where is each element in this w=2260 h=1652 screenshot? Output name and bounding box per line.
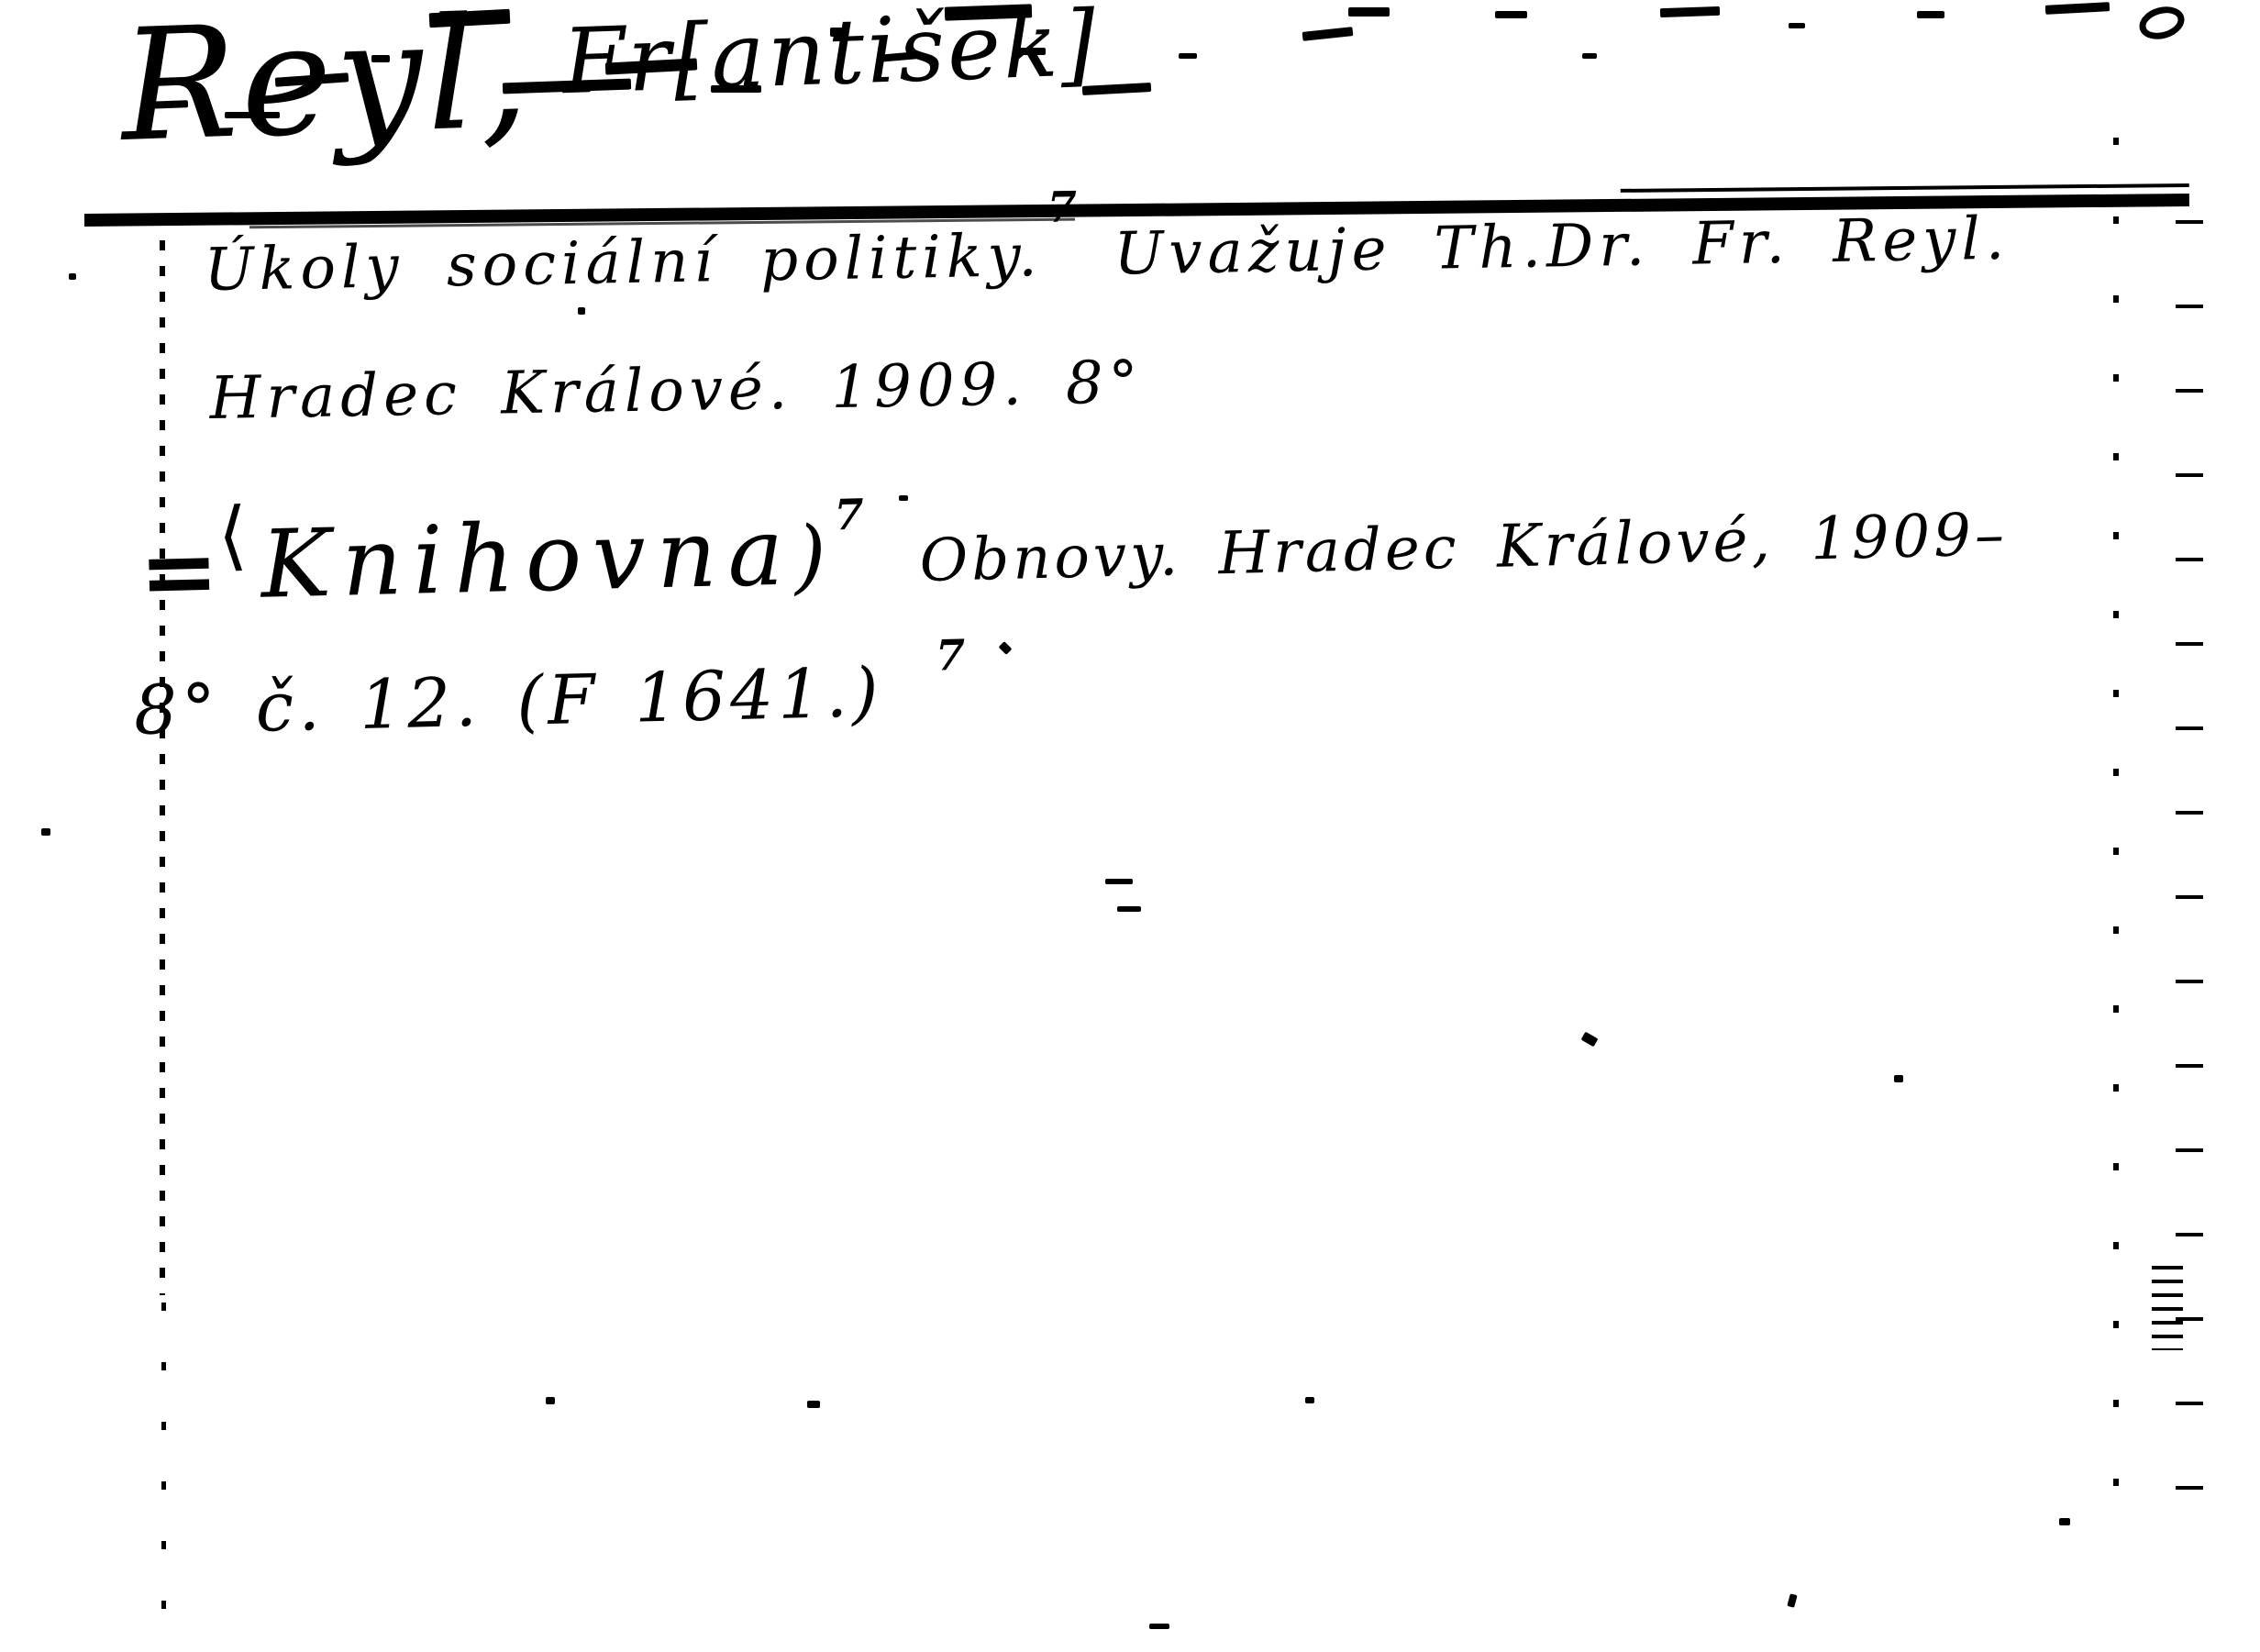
scan-speck: [1660, 6, 1720, 17]
scan-speck: [1917, 11, 1944, 18]
left-margin-dotted-line: [160, 240, 165, 1295]
numbering-end-mark: 7: [931, 630, 974, 681]
author-surname: Reyl,: [118, 0, 536, 176]
right-edge-tick-cluster: [2152, 1266, 2183, 1350]
scan-speck: [2045, 2, 2110, 15]
series-title: Knihovna: [260, 498, 795, 620]
corner-loop-mark: [2135, 2, 2188, 44]
scan-speck: [1582, 53, 1597, 59]
scan-speck: [999, 641, 1013, 655]
scan-speck: [371, 55, 390, 62]
scan-speck: [1495, 11, 1527, 18]
scan-speck: [1787, 1593, 1797, 1608]
series-equals-sign: =: [138, 514, 220, 628]
scan-speck: [807, 1401, 820, 1408]
scan-speck: [1105, 879, 1133, 884]
scan-speck: [1179, 53, 1197, 59]
scan-speck: [147, 100, 188, 109]
scan-speck: [2059, 1518, 2070, 1525]
scan-speck: [1305, 1397, 1314, 1403]
series-line: =⟨Knihovna)7Obnovy. Hradec Králové, 1909…: [138, 468, 2009, 628]
scan-speck: [1348, 7, 1390, 17]
scan-speck: [1302, 27, 1354, 41]
scan-speck: [225, 112, 280, 118]
scan-speck: [1117, 906, 1141, 912]
series-close-mark: ): [793, 508, 831, 604]
series-open-mark: ⟨: [217, 492, 252, 580]
scan-speck: [1789, 23, 1805, 28]
scan-speck: [1581, 1032, 1599, 1048]
right-margin-dotted-line: [2113, 138, 2119, 1532]
imprint-line: Hradec Králové. 1909. 8°: [209, 349, 1144, 433]
title-insertion-mark: 7: [1042, 182, 1087, 232]
series-numbering: 8° č. 12. (F 1641.): [133, 653, 884, 750]
scan-speck: [830, 28, 845, 37]
catalog-card: Reyl,Fr[antišek] Úkoly sociální politiky…: [0, 0, 2260, 1652]
series-publisher: Obnovy. Hradec Králové, 1909–: [919, 501, 2009, 595]
series-insertion-mark: 7: [829, 489, 871, 539]
scan-speck: [41, 828, 50, 836]
scan-speck: [1149, 1624, 1169, 1629]
scan-speck: [578, 307, 585, 315]
left-margin-dotted-line-lower: [161, 1303, 166, 1624]
responsibility-statement: Uvažuje Th.Dr. Fr. Reyl.: [1113, 205, 2011, 289]
work-title: Úkoly sociální politiky.: [204, 222, 1043, 305]
scan-speck: [1894, 1075, 1903, 1082]
scan-speck: [1016, 48, 1046, 55]
numbering-line: 8° č. 12. (F 1641.)7: [133, 651, 971, 750]
scan-speck: [69, 273, 76, 280]
scan-speck: [546, 1397, 555, 1404]
scan-speck: [899, 495, 908, 501]
scan-speck: [711, 85, 761, 93]
